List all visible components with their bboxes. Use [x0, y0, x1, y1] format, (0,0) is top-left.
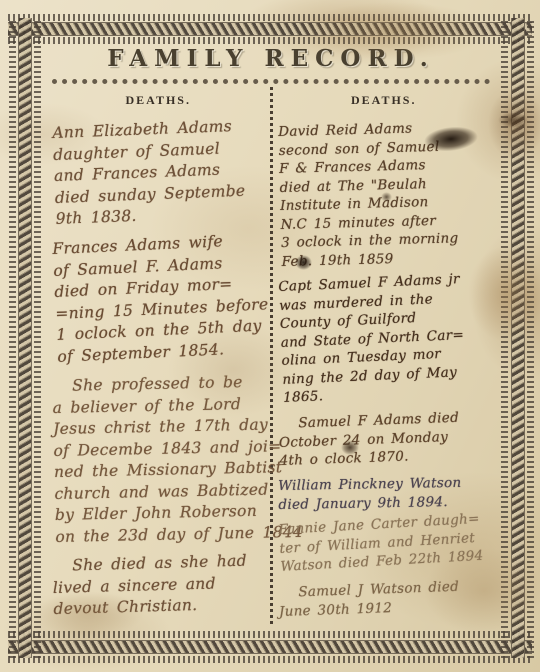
handwritten-entries-left: Ann Elizabeth Adamsdaughter of Samueland… — [52, 119, 265, 628]
handwritten-entries-right: David Reid Adamssecond son of SamuelF & … — [278, 119, 491, 628]
handwritten-entry: Fannie Jane Carter daugh=ter of William … — [278, 509, 493, 576]
border-fringe — [527, 18, 534, 658]
handwritten-entry: William Pinckney Watsondied January 9th … — [278, 473, 491, 514]
border-fringe — [8, 656, 532, 663]
columns-area: DEATHS. Ann Elizabeth Adamsdaughter of S… — [50, 85, 492, 626]
handwritten-line: William Pinckney Watson — [278, 473, 491, 495]
handwritten-entry: Ann Elizabeth Adamsdaughter of Samueland… — [52, 115, 268, 231]
border-rope — [511, 18, 525, 658]
border-ornament-top — [8, 14, 532, 44]
deaths-column-right: DEATHS. David Reid Adamssecond son of Sa… — [276, 85, 493, 626]
handwritten-entry: Capt Samuel F Adams jrwas murdered in th… — [278, 269, 496, 408]
handwritten-line: on the 23d day of June 1844 — [55, 522, 268, 548]
handwritten-line: She professed to be — [52, 371, 265, 397]
border-ornament-right — [501, 18, 534, 658]
bead-divider — [52, 79, 490, 84]
handwritten-line: ned the Missionary Babtist — [54, 457, 267, 483]
border-fringe — [8, 14, 532, 21]
border-ornament-bottom — [8, 631, 532, 663]
handwritten-entry: Samuel F Adams diedOctober 24 on Monday4… — [278, 407, 492, 470]
border-fringe — [9, 18, 16, 658]
border-fringe — [8, 37, 532, 44]
handwritten-entry: She professed to bea believer of the Lor… — [52, 371, 268, 547]
border-rope — [8, 22, 532, 36]
record-content: FAMILY RECORD. DEATHS. Ann Elizabeth Ada… — [50, 45, 492, 626]
handwritten-line: Jesus christ the 17th day — [53, 414, 266, 440]
border-ornament-left — [9, 18, 41, 658]
handwritten-entry: She died as she hadlived a sincere andde… — [52, 550, 266, 620]
family-record-page: FAMILY RECORD. DEATHS. Ann Elizabeth Ada… — [0, 0, 540, 672]
border-rope — [18, 18, 32, 658]
page-title: FAMILY RECORD. — [50, 45, 492, 72]
border-fringe — [501, 18, 508, 658]
handwritten-line: by Elder John Roberson — [55, 500, 268, 526]
handwritten-entry: Samuel J Watson diedJune 30th 1912 — [278, 576, 492, 620]
border-rope — [8, 640, 532, 654]
handwritten-entry: David Reid Adamssecond son of SamuelF & … — [278, 117, 494, 271]
border-fringe — [34, 18, 41, 658]
column-header-deaths-right: DEATHS. — [278, 85, 491, 113]
border-fringe — [8, 631, 532, 638]
deaths-column-left: DEATHS. Ann Elizabeth Adamsdaughter of S… — [50, 85, 267, 626]
handwritten-entry: Frances Adams wifeof Samuel F. Adamsdied… — [52, 229, 270, 368]
column-header-deaths-left: DEATHS. — [52, 85, 265, 113]
